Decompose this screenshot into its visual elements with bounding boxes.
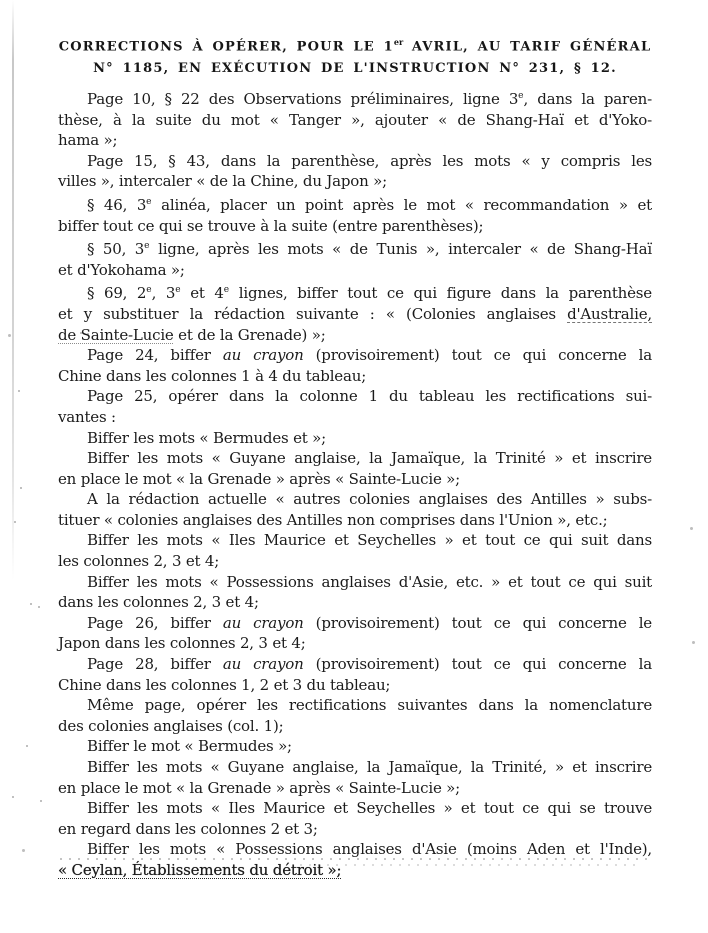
document-title: CORRECTIONS À OPÉRER, POUR LE 1er AVRIL,… — [50, 31, 660, 80]
text-line: en regard dans les colonnes 2 et 3; — [58, 819, 652, 840]
text-line: thèse, à la suite du mot « Tanger », ajo… — [58, 110, 652, 131]
text-line: Chine dans les colonnes 1 à 4 du tableau… — [58, 366, 652, 387]
paragraph: A la rédaction actuelle « autres colonie… — [58, 489, 652, 530]
scan-speck — [20, 487, 22, 489]
scan-smudge-row — [60, 858, 650, 860]
scan-speck — [22, 849, 25, 852]
scan-speck — [30, 603, 32, 605]
scan-speck — [12, 796, 14, 798]
scan-speck — [8, 334, 11, 337]
text-line: Biffer les mots « Guyane anglaise, la Ja… — [58, 448, 652, 469]
text-line: en place le mot « la Grenade » après « S… — [58, 469, 652, 490]
scan-speck — [26, 745, 28, 747]
text-line: et d'Yokohama »; — [58, 260, 652, 281]
text-line: § 46, 3e alinéa, placer un point après l… — [58, 192, 652, 216]
document-body: Page 10, § 22 des Observations prélimina… — [58, 86, 652, 881]
page-edge-line — [12, 0, 14, 580]
text-line: Biffer le mot « Bermudes »; — [58, 736, 652, 757]
text-line: A la rédaction actuelle « autres colonie… — [58, 489, 652, 510]
text-line: Biffer les mots « Bermudes et »; — [58, 428, 652, 449]
paragraph: § 46, 3e alinéa, placer un point après l… — [58, 192, 652, 236]
paragraph: § 50, 3e ligne, après les mots « de Tuni… — [58, 236, 652, 280]
paragraph: Biffer les mots « Guyane anglaise, la Ja… — [58, 757, 652, 798]
text-line: Page 28, biffer au crayon (provisoiremen… — [58, 654, 652, 675]
paragraph: Même page, opérer les rectifications sui… — [58, 695, 652, 736]
text-line: Biffer les mots « Iles Maurice et Seyche… — [58, 530, 652, 551]
title-line-1: CORRECTIONS À OPÉRER, POUR LE 1er AVRIL,… — [50, 31, 660, 58]
text-line: tituer « colonies anglaises des Antilles… — [58, 510, 652, 531]
text-line: § 50, 3e ligne, après les mots « de Tuni… — [58, 236, 652, 260]
paragraph: Biffer les mots « Guyane anglaise, la Ja… — [58, 448, 652, 489]
paragraph: Page 24, biffer au crayon (provisoiremen… — [58, 345, 652, 386]
scan-speck — [80, 332, 82, 334]
scan-speck — [87, 333, 89, 335]
paragraph: Page 15, § 43, dans la parenthèse, après… — [58, 151, 652, 192]
paragraph: Page 26, biffer au crayon (provisoiremen… — [58, 613, 652, 654]
text-line: Chine dans les colonnes 1, 2 et 3 du tab… — [58, 675, 652, 696]
scan-speck — [38, 606, 40, 608]
paragraph: Page 25, opérer dans la colonne 1 du tab… — [58, 386, 652, 427]
text-line: et y substituer la rédaction suivante : … — [58, 304, 652, 325]
paragraph: Biffer les mots « Bermudes et »; — [58, 428, 652, 449]
text-line: Même page, opérer les rectifications sui… — [58, 695, 652, 716]
text-line: de Sainte-Lucie et de la Grenade) »; — [58, 325, 652, 346]
text-line: Page 10, § 22 des Observations prélimina… — [58, 86, 652, 110]
text-line: villes », intercaler « de la Chine, du J… — [58, 171, 652, 192]
paragraph: Page 28, biffer au crayon (provisoiremen… — [58, 654, 652, 695]
scan-speck — [14, 521, 16, 523]
paragraph: Biffer les mots « Iles Maurice et Seyche… — [58, 530, 652, 571]
paragraph: Biffer les mots « Possessions anglaises … — [58, 572, 652, 613]
text-line: Biffer les mots « Possessions anglaises … — [58, 839, 652, 860]
text-line: § 69, 2e, 3e et 4e lignes, biffer tout c… — [58, 280, 652, 304]
text-line: Page 26, biffer au crayon (provisoiremen… — [58, 613, 652, 634]
paragraph: Biffer les mots « Iles Maurice et Seyche… — [58, 798, 652, 839]
text-line: des colonies anglaises (col. 1); — [58, 716, 652, 737]
text-line: hama »; — [58, 130, 652, 151]
text-line: en place le mot « la Grenade » après « S… — [58, 778, 652, 799]
text-line: Page 24, biffer au crayon (provisoiremen… — [58, 345, 652, 366]
title-line-2: N° 1185, EN EXÉCUTION DE L'INSTRUCTION N… — [50, 58, 660, 80]
text-line: Biffer les mots « Guyane anglaise, la Ja… — [58, 757, 652, 778]
scan-speck — [40, 800, 42, 802]
paragraph: § 69, 2e, 3e et 4e lignes, biffer tout c… — [58, 280, 652, 345]
scanned-document-page: CORRECTIONS À OPÉRER, POUR LE 1er AVRIL,… — [0, 0, 708, 933]
paragraph: Page 10, § 22 des Observations prélimina… — [58, 86, 652, 151]
text-line: Page 25, opérer dans la colonne 1 du tab… — [58, 386, 652, 407]
text-line: Japon dans les colonnes 2, 3 et 4; — [58, 633, 652, 654]
text-line: vantes : — [58, 407, 652, 428]
scan-speck — [692, 641, 695, 644]
text-line: Biffer les mots « Iles Maurice et Seyche… — [58, 798, 652, 819]
scan-speck — [690, 527, 693, 530]
scan-smudge-row — [300, 864, 640, 866]
scan-speck — [18, 390, 20, 392]
text-line: biffer tout ce qui se trouve à la suite … — [58, 216, 652, 237]
text-line: Page 15, § 43, dans la parenthèse, après… — [58, 151, 652, 172]
text-line: Biffer les mots « Possessions anglaises … — [58, 572, 652, 593]
paragraph: Biffer le mot « Bermudes »; — [58, 736, 652, 757]
text-line: les colonnes 2, 3 et 4; — [58, 551, 652, 572]
text-line: dans les colonnes 2, 3 et 4; — [58, 592, 652, 613]
